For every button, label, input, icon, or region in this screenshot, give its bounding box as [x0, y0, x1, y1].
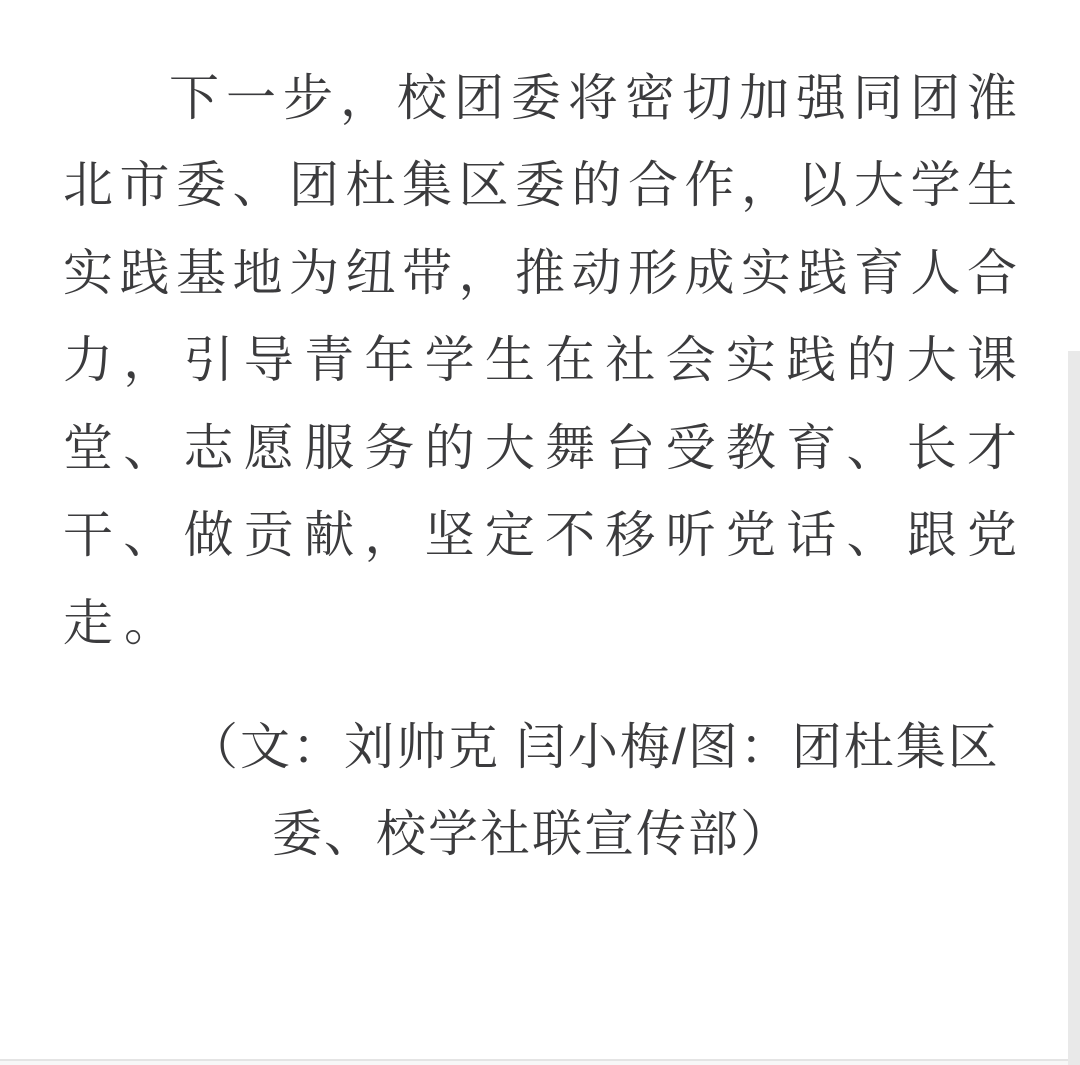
paragraph-line: 下一步，校团委将密切加强同团淮	[63, 50, 1017, 138]
paragraph-line: 干、做贡献，坚定不移听党话、跟党	[63, 488, 1017, 576]
credit-line: （文：刘帅克 闫小梅/图：团杜集区	[188, 703, 1000, 791]
credit-line: 委、校学社联宣传部）	[272, 790, 792, 878]
article-page: 下一步，校团委将密切加强同团淮 北市委、团杜集区委的合作，以大学生 实践基地为纽…	[0, 0, 1080, 1065]
paragraph-line: 北市委、团杜集区委的合作，以大学生	[63, 138, 1017, 226]
bottom-edge-area	[0, 1061, 1080, 1065]
right-edge-strip	[1068, 351, 1080, 1065]
paragraph-line: 力，引导青年学生在社会实践的大课	[63, 313, 1017, 401]
article-paragraph: 下一步，校团委将密切加强同团淮 北市委、团杜集区委的合作，以大学生 实践基地为纽…	[63, 50, 1017, 663]
paragraph-line: 堂、志愿服务的大舞台受教育、长才	[63, 400, 1017, 488]
paragraph-line: 实践基地为纽带，推动形成实践育人合	[63, 225, 1017, 313]
paragraph-line: 走。	[63, 575, 1017, 663]
